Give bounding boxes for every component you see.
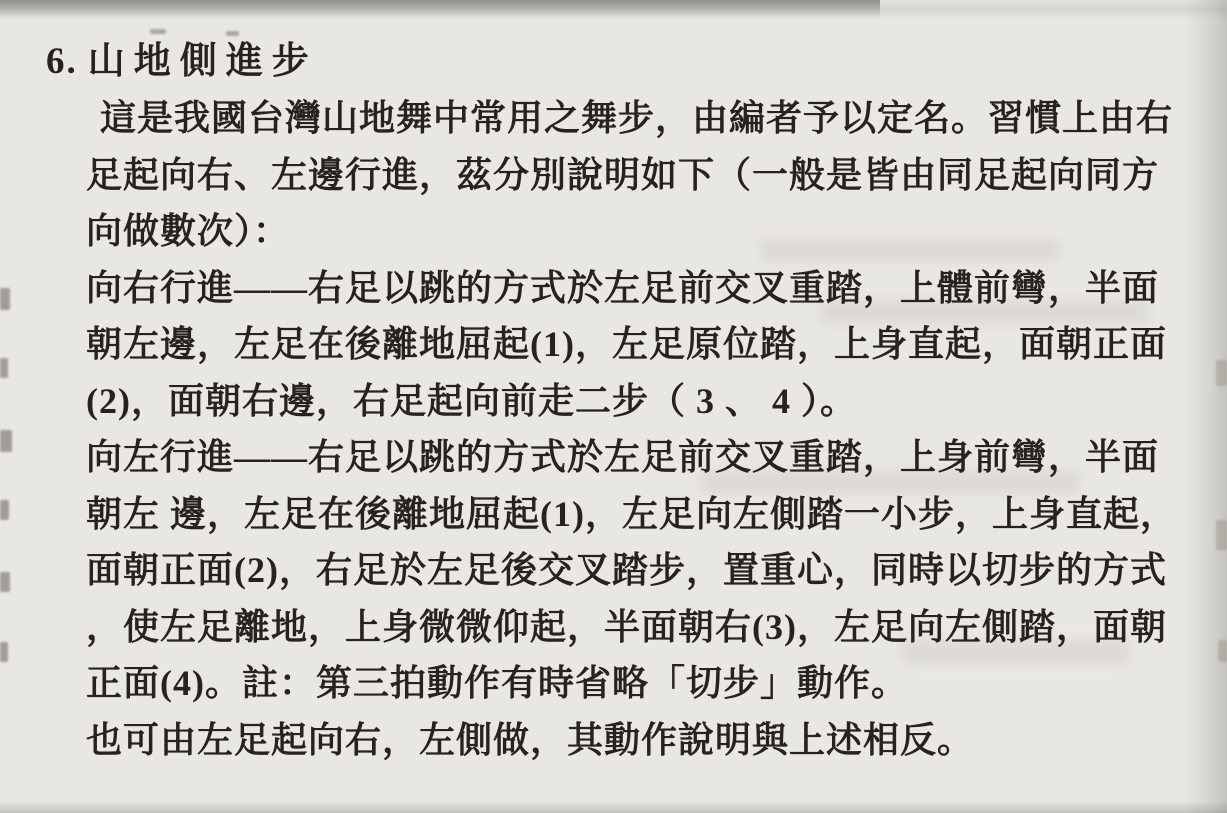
- scanned-document-page: 6.山地側進步 這是我國台灣山地舞中常用之舞步，由編者予以定名。習慣上由右 足起…: [0, 0, 1227, 813]
- text-line: 向做數次）：: [86, 203, 1154, 260]
- page-content: 6.山地側進步 這是我國台灣山地舞中常用之舞步，由編者予以定名。習慣上由右 足起…: [0, 0, 1227, 768]
- section-heading: 6.山地側進步: [46, 36, 1227, 88]
- text-line: 足起向右、左邊行進，茲分別說明如下（一般是皆由同足起向同方: [86, 147, 1154, 204]
- text-line: 也可由左足起向右，左側做，其動作說明與上述相反。: [86, 712, 1154, 769]
- text-line: 正面(4)。註：第三拍動作有時省略「切步」動作。: [86, 655, 1154, 712]
- text-line: 向左行進——右足以跳的方式於左足前交叉重踏，上身前彎，半面: [86, 429, 1154, 486]
- paragraph-move-right: 向右行進——右足以跳的方式於左足前交叉重踏，上體前彎，半面 朝左邊，左足在後離地…: [86, 260, 1154, 430]
- text-line: 向右行進——右足以跳的方式於左足前交叉重踏，上體前彎，半面: [86, 260, 1154, 317]
- text-line: ，使左足離地，上身微微仰起，半面朝右(3)，左足向左側踏，面朝: [86, 599, 1154, 656]
- section-title: 山地側進步: [88, 41, 318, 82]
- text-line: 這是我國台灣山地舞中常用之舞步，由編者予以定名。習慣上由右: [86, 90, 1154, 147]
- paragraph-intro: 這是我國台灣山地舞中常用之舞步，由編者予以定名。習慣上由右 足起向右、左邊行進，…: [86, 90, 1154, 260]
- paragraph-reverse-note: 也可由左足起向右，左側做，其動作說明與上述相反。: [86, 712, 1154, 769]
- section-body: 這是我國台灣山地舞中常用之舞步，由編者予以定名。習慣上由右 足起向右、左邊行進，…: [86, 90, 1154, 768]
- paragraph-move-left: 向左行進——右足以跳的方式於左足前交叉重踏，上身前彎，半面 朝左 邊，左足在後離…: [86, 429, 1154, 712]
- text-line: 面朝正面(2)，右足於左足後交叉踏步，置重心，同時以切步的方式: [86, 542, 1154, 599]
- section-number: 6.: [46, 41, 78, 82]
- text-line: 朝左 邊，左足在後離地屈起(1)，左足向左側踏一小步，上身直起，: [86, 486, 1154, 543]
- text-line: (2)，面朝右邊，右足起向前走二步（ 3 、 4 ）。: [86, 373, 1154, 430]
- text-line: 朝左邊，左足在後離地屈起(1)，左足原位踏，上身直起，面朝正面: [86, 316, 1154, 373]
- scan-bottom-edge: [0, 801, 1227, 813]
